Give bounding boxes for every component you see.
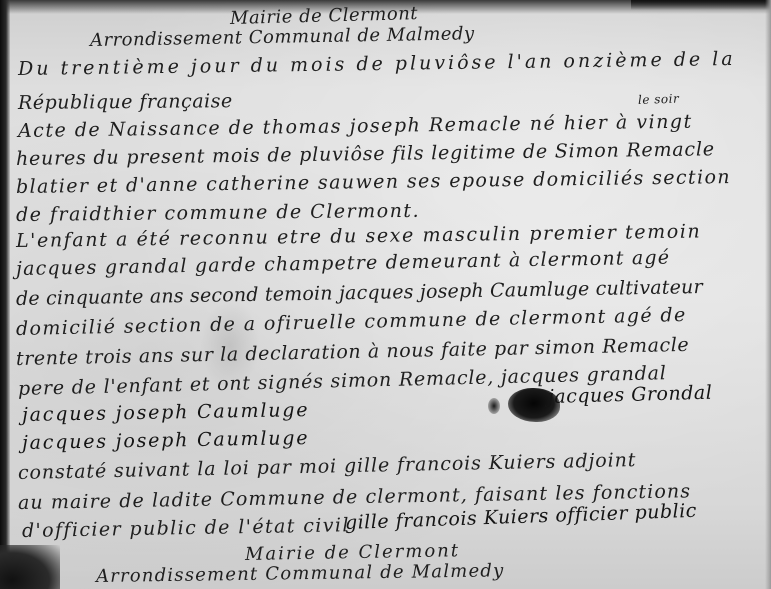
record-line-6: de fraidthier commune de Clermont. <box>16 200 420 226</box>
record-line-5: blatier et d'anne catherine sauwen ses e… <box>16 166 731 198</box>
record-line-10: domicilié section de a ofiruelle commune… <box>16 304 687 340</box>
record-line-4: heures du present mois de pluviôse fils … <box>16 138 715 170</box>
record-line-17: d'officier public de l'état civil <box>22 514 350 542</box>
record-line-3: Acte de Naissance de thomas joseph Remac… <box>18 111 693 142</box>
record-line-8: jacques grandal garde champetre demeuran… <box>16 247 671 280</box>
signature-grondal: jacques Grondal <box>548 382 713 408</box>
ink-blot-small <box>488 398 500 414</box>
record-line-15: constaté suivant la loi par moi gille fr… <box>18 449 637 484</box>
next-header-arrondissement: Arrondissement Communal de Malmedy <box>96 560 505 587</box>
signature-caumluge-1: jacques joseph Caumluge <box>22 399 310 426</box>
page-corner-shadow <box>0 545 60 589</box>
page-top-right-shadow <box>631 0 771 10</box>
page-right-edge <box>765 0 771 589</box>
record-line-2: République française <box>18 90 233 114</box>
document-page: Mairie de Clermont Arrondissement Commun… <box>0 0 771 589</box>
page-binding-edge <box>0 0 10 589</box>
header-arrondissement: Arrondissement Communal de Malmedy <box>90 23 475 51</box>
signature-caumluge-2: jacques joseph Caumluge <box>22 427 310 454</box>
record-line-1: Du trentième jour du mois de pluviôse l'… <box>18 48 736 80</box>
interlinear-insertion: le soir <box>638 92 680 107</box>
